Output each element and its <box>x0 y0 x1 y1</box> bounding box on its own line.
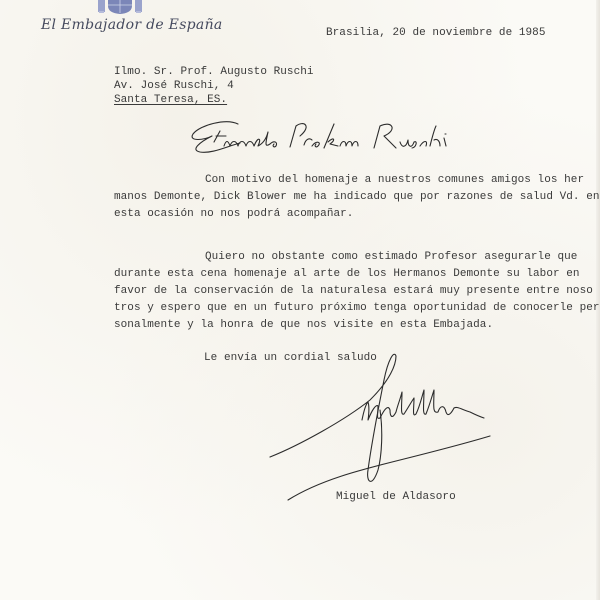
recipient-city: Santa Teresa, ES. <box>114 94 227 107</box>
letterhead-title: El Embajador de España <box>41 17 223 33</box>
recipient-street: Av. José Ruschi, 4 <box>114 80 234 93</box>
recipient-name: Ilmo. Sr. Prof. Augusto Ruschi <box>114 66 314 79</box>
page-edge <box>596 0 600 600</box>
paragraph1-line1: Con motivo del homenaje a nuestros comun… <box>205 174 584 187</box>
paragraph2-line3: favor de la conservación de la naturales… <box>114 285 593 298</box>
paragraph2-line1: Quiero no obstante como estimado Profeso… <box>205 251 577 264</box>
spanish-coat-of-arms-icon <box>97 0 143 14</box>
signer-name: Miguel de Aldasoro <box>336 491 456 504</box>
paragraph1-line3: esta ocasión no nos podrá acompañar. <box>114 208 353 221</box>
date-line: Brasilia, 20 de noviembre de 1985 <box>326 27 546 40</box>
paragraph2-line2: durante esta cena homenaje al arte de lo… <box>114 268 580 281</box>
letter-paper <box>0 0 600 600</box>
paragraph2-line4: tros y espero que en un futuro próximo t… <box>114 302 600 315</box>
paragraph1-line2: manos Demonte, Dick Blower me ha indicad… <box>114 191 600 204</box>
paragraph2-line5: sonalmente y la honra de que nos visite … <box>114 319 493 332</box>
closing-line: Le envía un cordial saludo <box>204 352 377 365</box>
